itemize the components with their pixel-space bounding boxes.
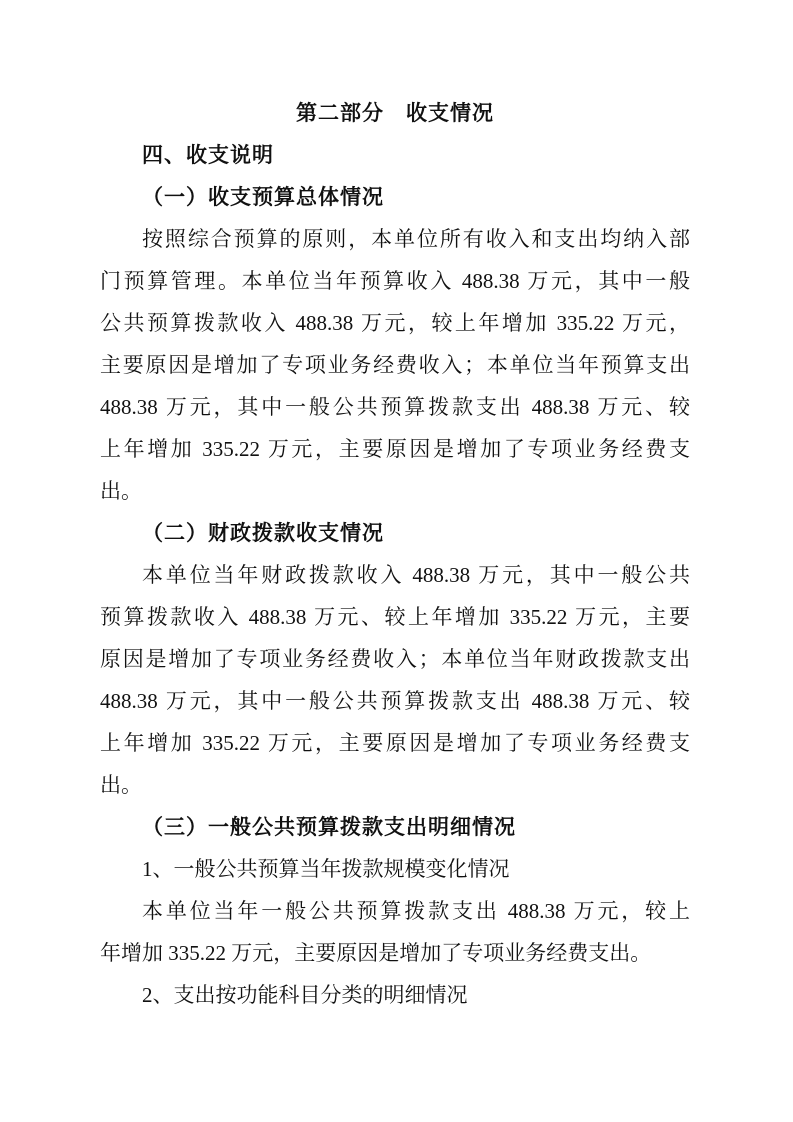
paragraph-fiscal-appropriation: 本单位当年财政拨款收入 488.38 万元，其中一般公共 预算拨款收入 488.… xyxy=(100,554,690,806)
text-line: 本单位当年财政拨款收入 488.38 万元，其中一般公共 xyxy=(100,554,690,596)
paragraph-appropriation-change: 本单位当年一般公共预算拨款支出 488.38 万元，较上 年增加 335.22 … xyxy=(100,890,690,974)
text-line: 本单位当年一般公共预算拨款支出 488.38 万元，较上 xyxy=(100,890,690,932)
text-line: 预算拨款收入 488.38 万元、较上年增加 335.22 万元，主要 xyxy=(100,596,690,638)
section-heading-main: 四、收支说明 xyxy=(100,134,690,176)
text-line: 出。 xyxy=(100,764,690,806)
numbered-item-1: 1、一般公共预算当年拨款规模变化情况 xyxy=(100,848,690,890)
subsection-heading-1: （一）收支预算总体情况 xyxy=(100,176,690,218)
text-line: 488.38 万元，其中一般公共预算拨款支出 488.38 万元、较 xyxy=(100,680,690,722)
document-content: 第二部分 收支情况 四、收支说明 （一）收支预算总体情况 按照综合预算的原则，本… xyxy=(100,92,690,1016)
text-line: 按照综合预算的原则，本单位所有收入和支出均纳入部 xyxy=(100,218,690,260)
part-title: 第二部分 收支情况 xyxy=(100,92,690,134)
numbered-item-2: 2、支出按功能科目分类的明细情况 xyxy=(100,974,690,1016)
paragraph-overall-budget: 按照综合预算的原则，本单位所有收入和支出均纳入部 门预算管理。本单位当年预算收入… xyxy=(100,218,690,512)
text-line: 年增加 335.22 万元，主要原因是增加了专项业务经费支出。 xyxy=(100,932,690,974)
text-line: 出。 xyxy=(100,470,690,512)
text-line: 上年增加 335.22 万元，主要原因是增加了专项业务经费支 xyxy=(100,722,690,764)
text-line: 主要原因是增加了专项业务经费收入；本单位当年预算支出 xyxy=(100,344,690,386)
text-line: 原因是增加了专项业务经费收入；本单位当年财政拨款支出 xyxy=(100,638,690,680)
text-line: 门预算管理。本单位当年预算收入 488.38 万元，其中一般 xyxy=(100,260,690,302)
document-page: 第二部分 收支情况 四、收支说明 （一）收支预算总体情况 按照综合预算的原则，本… xyxy=(0,0,793,1122)
text-line: 上年增加 335.22 万元，主要原因是增加了专项业务经费支 xyxy=(100,428,690,470)
text-line: 488.38 万元，其中一般公共预算拨款支出 488.38 万元、较 xyxy=(100,386,690,428)
subsection-heading-2: （二）财政拨款收支情况 xyxy=(100,512,690,554)
subsection-heading-3: （三）一般公共预算拨款支出明细情况 xyxy=(100,806,690,848)
text-line: 公共预算拨款收入 488.38 万元，较上年增加 335.22 万元， xyxy=(100,302,690,344)
